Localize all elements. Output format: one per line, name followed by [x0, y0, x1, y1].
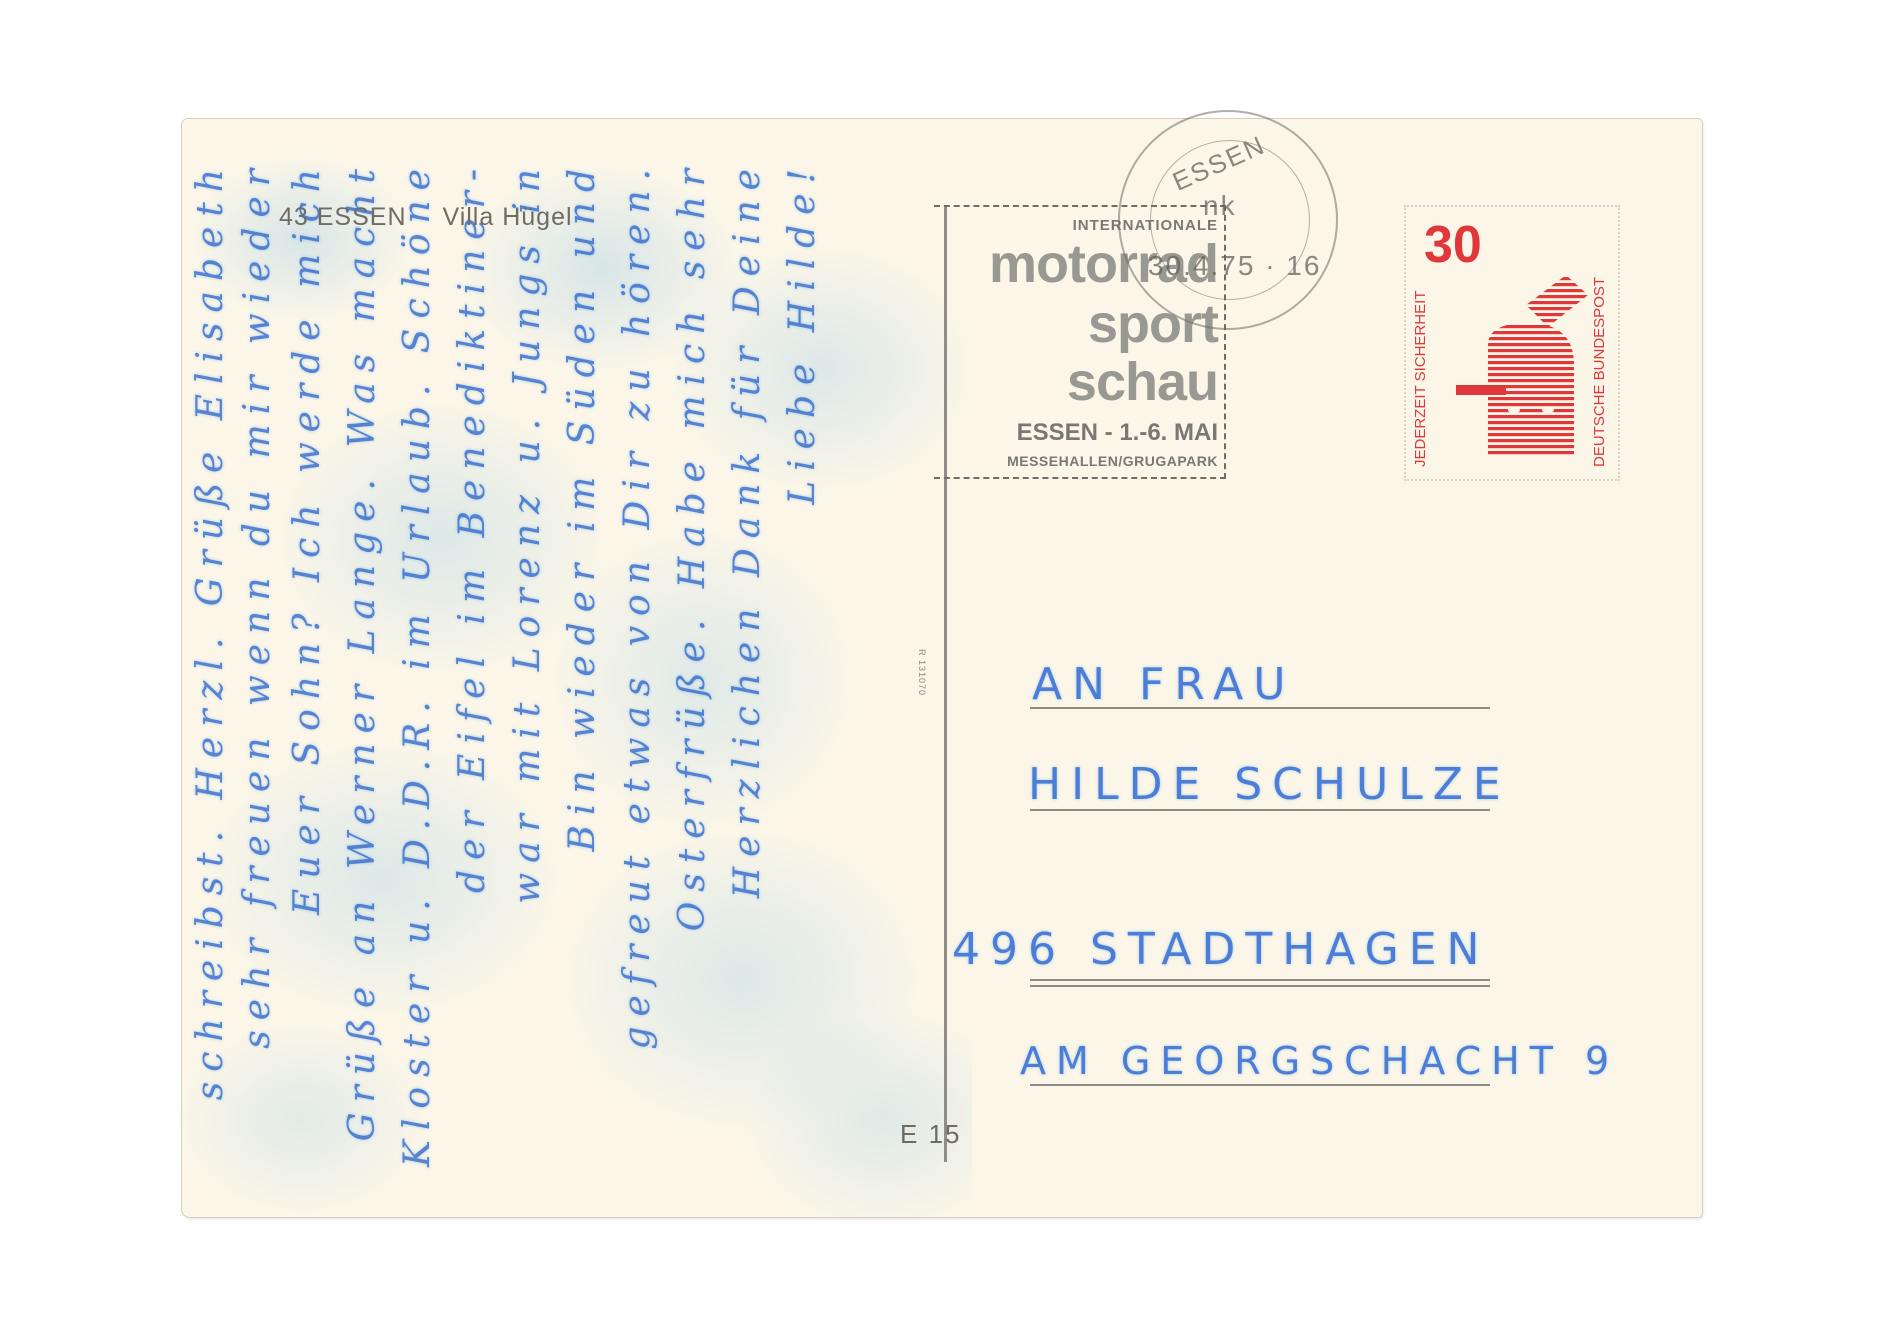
- message-line: sehr freuen wenn du mir wieder: [237, 159, 278, 1049]
- cancel-line: MESSEHALLEN/GRUGAPARK: [1007, 453, 1218, 469]
- message-line: schreibst. Herzl. Grüße Elisabeth: [190, 159, 231, 1100]
- caption-subject: Villa Hügel: [442, 203, 572, 231]
- cancel-line: ESSEN - 1.-6. MAI: [1017, 419, 1218, 447]
- cancel-line: INTERNATIONALE: [1073, 217, 1218, 234]
- address-rule: [1030, 985, 1490, 987]
- postage-stamp: 30 JEDERZEIT SICHERHEIT DEUTSCHE BUNDESP…: [1404, 205, 1620, 481]
- address-line-city: 496 STADTHAGEN: [952, 924, 1489, 975]
- postmark-date: 30.4.75 · 16: [1148, 250, 1321, 282]
- message-line: war mit Lorenz u. Jungs in: [507, 159, 548, 904]
- cancel-line: sport: [1088, 297, 1218, 351]
- address-rule: [1030, 979, 1490, 981]
- message-line: Kloster u. D.D.R. im Urlaub. Schöne: [397, 159, 438, 1167]
- message-line: Herzlichen Dank für Deine: [727, 159, 768, 898]
- postcard: Liebe Hilde! Herzlichen Dank für Deine O…: [182, 119, 1702, 1217]
- address-line-salutation: AN FRAU: [1032, 659, 1295, 710]
- caption-place: 43 ESSEN: [279, 203, 407, 231]
- postmark-code: nk: [1203, 190, 1237, 222]
- address-line-name: HILDE SCHULZE: [1028, 759, 1511, 810]
- message-line: Bin wieder im Süden und: [562, 159, 603, 852]
- print-code: R 131070: [917, 649, 927, 696]
- address-line-street: AM GEORGSCHACHT 9: [1020, 1039, 1619, 1083]
- slogan-cancel: INTERNATIONALE motorrad sport schau ESSE…: [934, 205, 1226, 479]
- helmet-head-icon: [1448, 265, 1598, 465]
- address-rule: [1030, 1084, 1490, 1086]
- series-code: E 15: [900, 1119, 962, 1150]
- message-line: Liebe Hilde!: [782, 159, 823, 505]
- message-line: der Eifel im Benediktiner-: [452, 159, 493, 893]
- stamp-left-text: JEDERZEIT SICHERHEIT: [1412, 277, 1429, 467]
- message-line: Euer Sohn? Ich werde mich: [287, 159, 328, 915]
- handwritten-message: Liebe Hilde! Herzlichen Dank für Deine O…: [182, 119, 932, 1217]
- printed-caption: 43 ESSEN Villa Hügel: [279, 203, 573, 232]
- message-line: Osterfrüße. Habe mich sehr: [672, 159, 713, 931]
- message-line: Grüße an Werner Lange. Was macht: [342, 159, 383, 1141]
- cancel-line: schau: [1067, 355, 1218, 409]
- message-line: gefreut etwas von Dir zu hören.: [617, 159, 658, 1050]
